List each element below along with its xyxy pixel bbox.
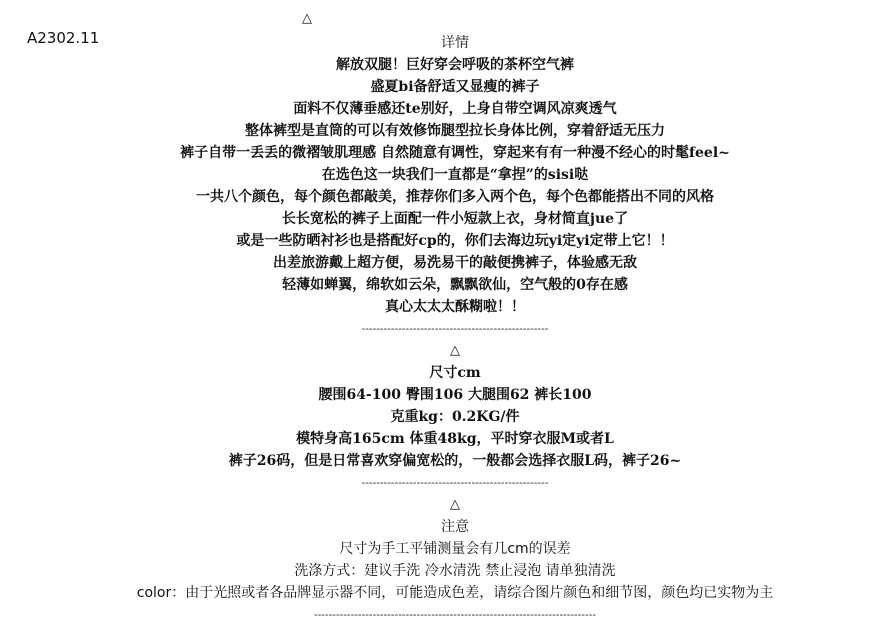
details-line: 出差旅游戴上超方便，易洗易干的敲便携裤子，体验感无敌 [0,252,872,274]
size-title: 尺寸cm [0,362,872,384]
details-title: 详情 [0,32,872,54]
divider: ----------------------------------------… [0,472,872,494]
details-line: 真心太太太酥糊啦！！ [0,296,872,318]
triangle-icon: △ [302,11,312,26]
size-line: 腰围64-100 臀围106 大腿围62 裤长100 [0,384,872,406]
notice-line: 洗涤方式：建议手洗 冷水清洗 禁止浸泡 请单独清洗 [0,560,872,582]
details-line: 一共八个颜色，每个颜色都敲美，推荐你们多入两个色，每个色都能搭出不同的风格 [0,186,872,208]
details-line: 裤子自带一丢丢的微褶皱肌理感 自然随意有调性，穿起来有有一种漫不经心的时髦fee… [0,142,872,164]
size-line: 克重kg：0.2KG/件 [0,406,872,428]
divider: ----------------------------------------… [0,604,872,626]
triangle-icon: △ [0,494,872,516]
details-line: 长长宽松的裤子上面配一件小短款上衣，身材简直jue了 [0,208,872,230]
size-line: 裤子26码，但是日常喜欢穿偏宽松的，一般都会选择衣服L码，裤子26~ [0,450,872,472]
details-line: 或是一些防晒衬衫也是搭配好cp的，你们去海边玩yi定yi定带上它！！ [0,230,872,252]
size-line: 模特身高165cm 体重48kg，平时穿衣服M或者L [0,428,872,450]
details-line: 盛夏bi备舒适又显瘦的裤子 [0,76,872,98]
notice-line: 尺寸为手工平铺测量会有几cm的误差 [0,538,872,560]
details-line: 整体裤型是直筒的可以有效修饰腿型拉长身体比例，穿着舒适无压力 [0,120,872,142]
details-line: 轻薄如蝉翼，绵软如云朵，飘飘欲仙，空气般的0存在感 [0,274,872,296]
triangle-icon: △ [0,340,872,362]
product-description: 详情 解放双腿！巨好穿会呼吸的茶杯空气裤 盛夏bi备舒适又显瘦的裤子 面料不仅薄… [0,32,872,626]
details-line: 解放双腿！巨好穿会呼吸的茶杯空气裤 [0,54,872,76]
notice-line: color：由于光照或者各品牌显示器不同，可能造成色差，请综合图片颜色和细节图，… [0,582,872,604]
notice-title: 注意 [0,516,872,538]
divider: ----------------------------------------… [0,318,872,340]
details-line: 面料不仅薄垂感还te别好，上身自带空调风凉爽透气 [0,98,872,120]
details-line: 在选色这一块我们一直都是“拿捏”的sisi哒 [0,164,872,186]
